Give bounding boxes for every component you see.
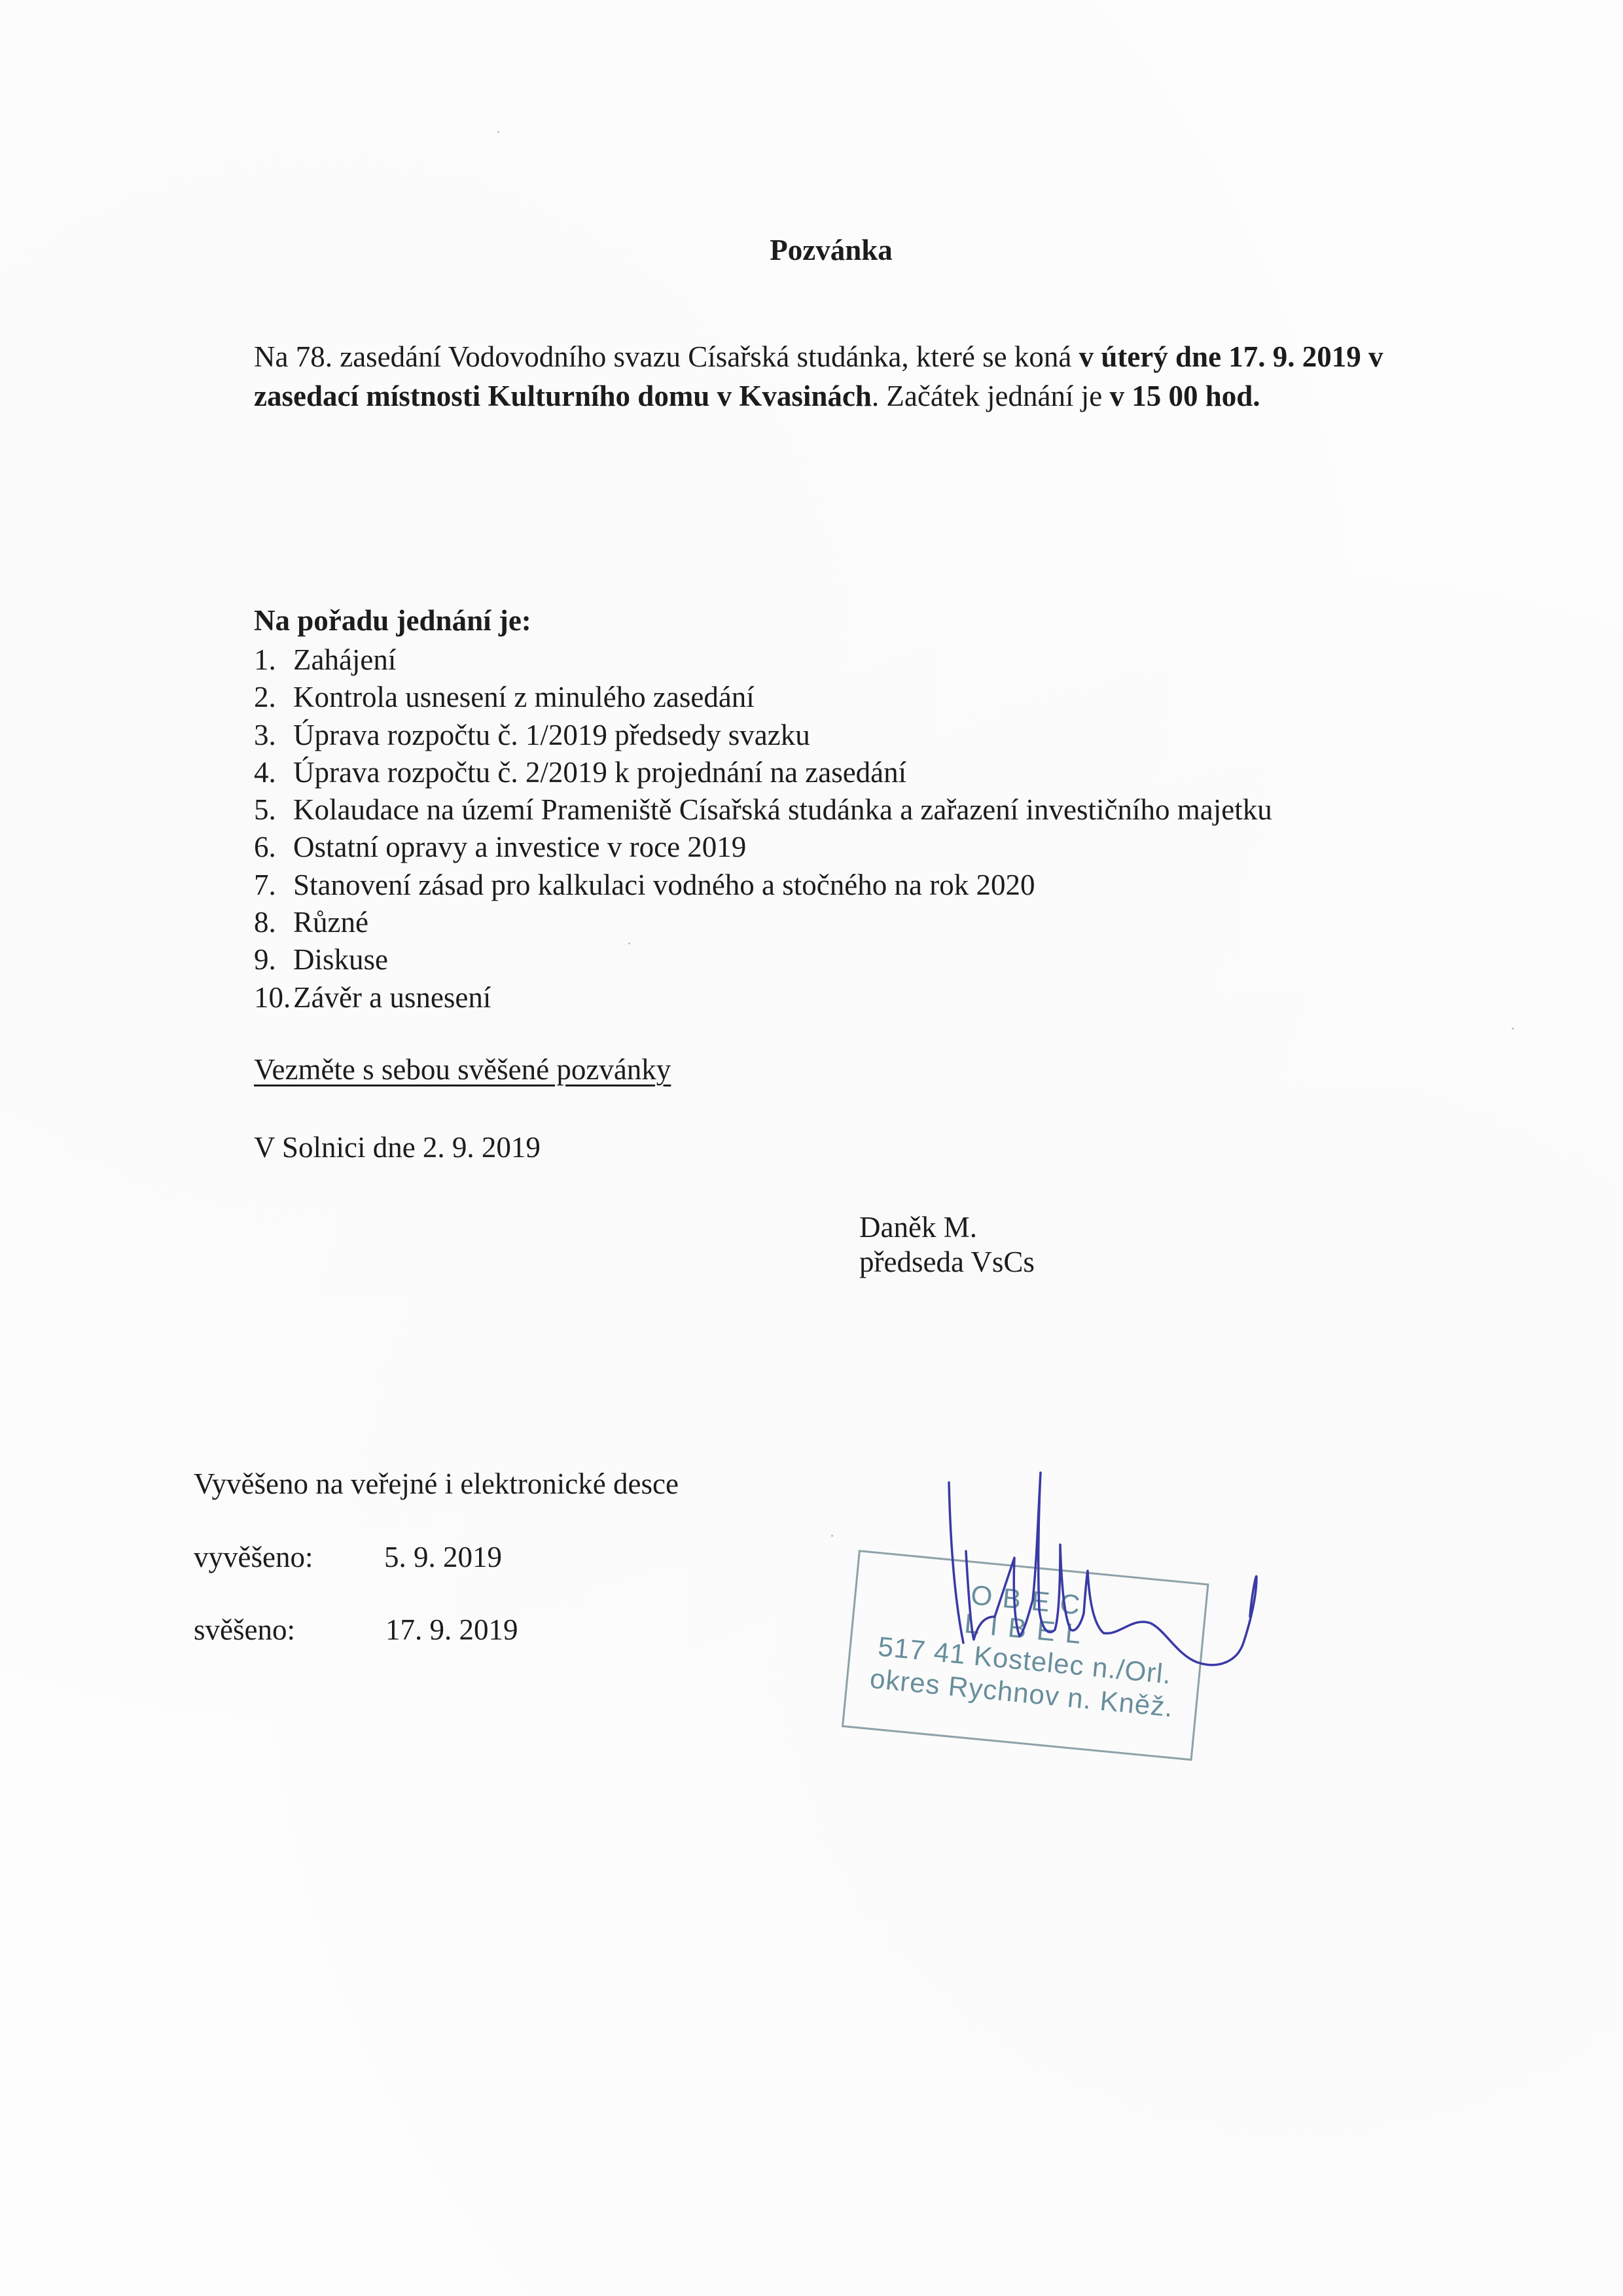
agenda-heading: Na pořadu jednání je: xyxy=(254,603,531,637)
posted-date: 5. 9. 2019 xyxy=(384,1540,502,1574)
agenda-item-text: Ostatní opravy a investice v roce 2019 xyxy=(293,829,746,866)
agenda-item-number: 4. xyxy=(254,754,293,791)
agenda-item-text: Úprava rozpočtu č. 2/2019 k projednání n… xyxy=(293,754,906,791)
agenda-item-text: Různé xyxy=(293,904,368,941)
place-and-date: V Solnici dne 2. 9. 2019 xyxy=(254,1130,541,1164)
agenda-item-number: 8. xyxy=(254,904,293,941)
agenda-item: 3.Úprava rozpočtu č. 1/2019 předsedy sva… xyxy=(254,717,1272,754)
official-stamp: OBEC LIBEL 517 41 Kostelec n./Orl. okres… xyxy=(842,1550,1209,1761)
posted-label: vyvěšeno: xyxy=(194,1540,313,1574)
intro-paragraph: Na 78. zasedání Vodovodního svazu Císařs… xyxy=(254,337,1432,416)
removed-label: svěšeno: xyxy=(194,1613,295,1647)
agenda-item-text: Závěr a usnesení xyxy=(293,979,491,1016)
removed-date: 17. 9. 2019 xyxy=(385,1613,518,1647)
agenda-item: 5.Kolaudace na území Prameniště Císařská… xyxy=(254,791,1272,829)
agenda-item: 7.Stanovení zásad pro kalkulaci vodného … xyxy=(254,867,1272,904)
posting-note: Vyvěšeno na veřejné i elektronické desce xyxy=(194,1467,679,1501)
agenda-item: 1.Zahájení xyxy=(254,641,1272,679)
scan-speck xyxy=(628,942,630,944)
intro-start-time: v 15 00 hod. xyxy=(1109,380,1260,412)
agenda-item: 8.Různé xyxy=(254,904,1272,941)
document-title: Pozvánka xyxy=(0,233,1623,267)
agenda-item-text: Zahájení xyxy=(293,641,396,679)
invitation-note: Vezměte s sebou svěšené pozvánky xyxy=(254,1052,671,1086)
agenda-item-text: Úprava rozpočtu č. 1/2019 předsedy svazk… xyxy=(293,717,810,754)
agenda-item-text: Stanovení zásad pro kalkulaci vodného a … xyxy=(293,867,1035,904)
agenda-item: 10.Závěr a usnesení xyxy=(254,979,1272,1016)
intro-text-1: Na 78. zasedání Vodovodního svazu Císařs… xyxy=(254,340,1079,373)
agenda-item-number: 10. xyxy=(254,979,293,1016)
agenda-list: 1.Zahájení 2.Kontrola usnesení z minuléh… xyxy=(254,641,1272,1016)
agenda-item-text: Kontrola usnesení z minulého zasedání xyxy=(293,679,755,716)
scan-speck xyxy=(831,1535,833,1537)
agenda-item-number: 7. xyxy=(254,867,293,904)
agenda-item: 2.Kontrola usnesení z minulého zasedání xyxy=(254,679,1272,716)
agenda-item-text: Kolaudace na území Prameniště Císařská s… xyxy=(293,791,1272,829)
agenda-item-number: 3. xyxy=(254,717,293,754)
intro-text-2: . Začátek jednání je xyxy=(872,380,1110,412)
scan-speck xyxy=(497,131,499,133)
signer-name: Daněk M. xyxy=(859,1210,977,1244)
agenda-item-text: Diskuse xyxy=(293,941,388,978)
agenda-item: 6.Ostatní opravy a investice v roce 2019 xyxy=(254,829,1272,866)
scan-speck xyxy=(1512,1028,1514,1030)
agenda-item-number: 2. xyxy=(254,679,293,716)
signer-role: předseda VsCs xyxy=(859,1245,1035,1279)
agenda-item-number: 9. xyxy=(254,941,293,978)
agenda-item: 4.Úprava rozpočtu č. 2/2019 k projednání… xyxy=(254,754,1272,791)
agenda-item-number: 1. xyxy=(254,641,293,679)
agenda-item: 9.Diskuse xyxy=(254,941,1272,978)
agenda-item-number: 6. xyxy=(254,829,293,866)
agenda-item-number: 5. xyxy=(254,791,293,829)
document-page: Pozvánka Na 78. zasedání Vodovodního sva… xyxy=(0,0,1623,2296)
